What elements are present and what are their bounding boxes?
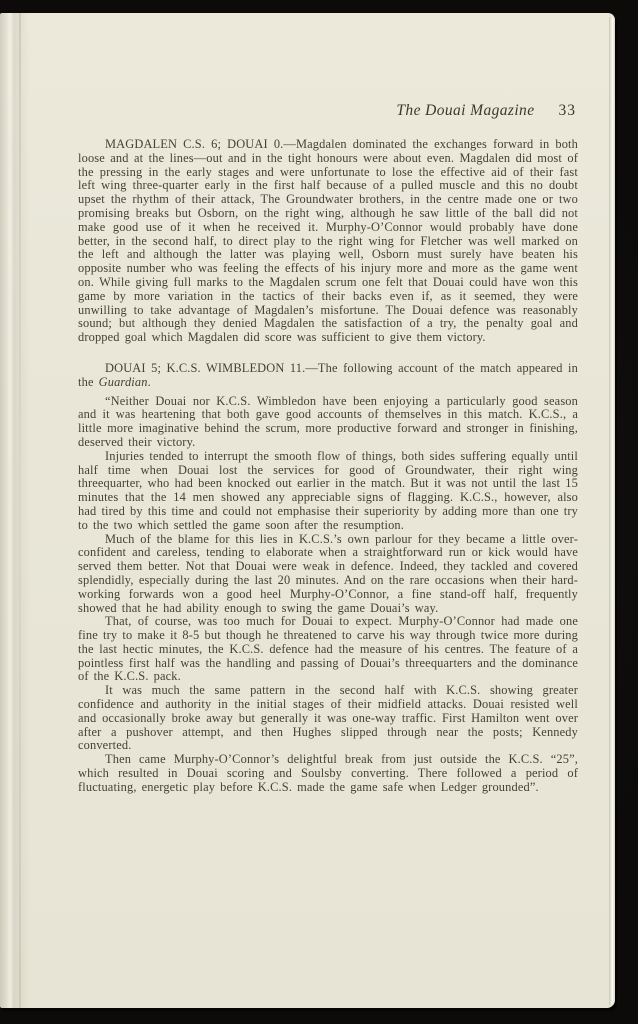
kcs-report-paragraph-5: It was much the same pattern in the seco… [78,684,578,753]
guardian-source-name: Guardian [99,375,148,389]
book-scan-background: The Douai Magazine 33 MAGDALEN C.S. 6; D… [0,0,638,1024]
page-number: 33 [559,101,577,120]
magazine-page: The Douai Magazine 33 MAGDALEN C.S. 6; D… [0,13,615,1008]
magazine-title: The Douai Magazine [396,101,534,120]
kcs-match-heading-end: . [148,375,151,389]
page-edge-highlight [609,17,615,1005]
page-binding-crease [19,13,21,1008]
kcs-match-heading-paragraph: DOUAI 5; K.C.S. WIMBLEDON 11.—The follow… [78,362,578,390]
running-header: The Douai Magazine 33 [78,101,576,120]
page-text-block: The Douai Magazine 33 MAGDALEN C.S. 6; D… [78,101,578,795]
kcs-report-paragraph-2: Injuries tended to interrupt the smooth … [78,450,578,533]
kcs-report-paragraph-6: Then came Murphy-O’Connor’s delightful b… [78,753,578,794]
kcs-report-paragraph-4: That, of course, was too much for Douai … [78,615,578,684]
article-body: MAGDALEN C.S. 6; DOUAI 0.—Magdalen domin… [78,138,578,795]
kcs-match-heading-text: DOUAI 5; K.C.S. WIMBLEDON 11.—The follow… [78,361,578,389]
magdalen-match-report-paragraph: MAGDALEN C.S. 6; DOUAI 0.—Magdalen domin… [78,138,578,345]
kcs-report-paragraph-3: Much of the blame for this lies in K.C.S… [78,533,578,616]
kcs-report-paragraph-1: “Neither Douai nor K.C.S. Wimbledon have… [78,395,578,450]
